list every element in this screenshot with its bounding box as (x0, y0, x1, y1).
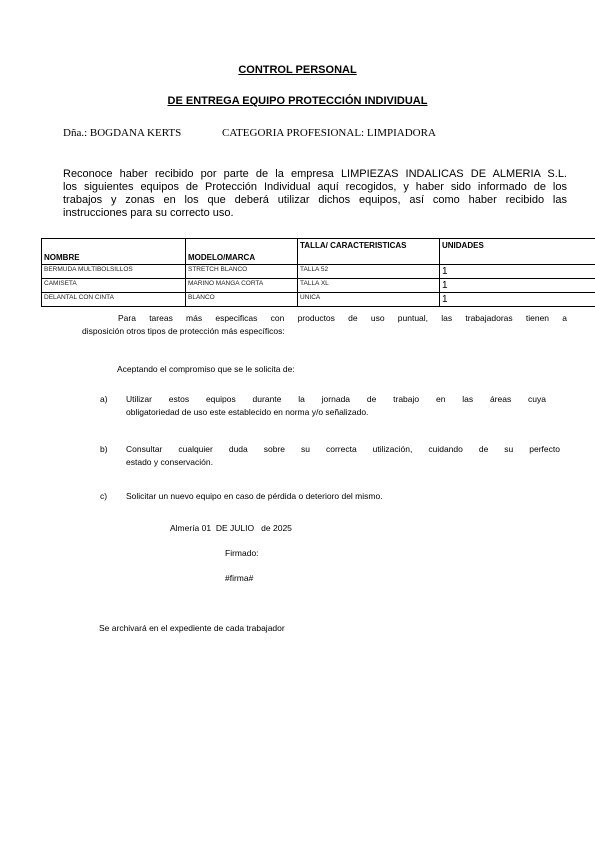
cell-unidades: 1 (440, 265, 595, 279)
table-header-row: NOMBRE MODELO/MARCA TALLA/ CARACTERISTIC… (42, 239, 595, 265)
professional-category: CATEGORIA PROFESIONAL: LIMPIADORA (222, 127, 436, 139)
table-row: CAMISETA MARINO MANGA CORTA TALLA XL 1 (42, 279, 595, 293)
document-title: CONTROL PERSONAL (0, 64, 595, 76)
document-subtitle: DE ENTREGA EQUIPO PROTECCIÓN INDIVIDUAL (0, 95, 595, 107)
item-text-line2: obligatoriedad de uso este establecido e… (126, 406, 546, 419)
cell-talla: TALLA 52 (298, 265, 440, 279)
item-letter: a) (100, 393, 108, 406)
cell-unidades: 1 (440, 279, 595, 293)
cell-talla: TALLA XL (298, 279, 440, 293)
item-text-line2: estado y conservación. (126, 456, 560, 469)
item-letter: c) (100, 490, 107, 503)
header-modelo-marca: MODELO/MARCA (186, 239, 298, 265)
item-letter: b) (100, 443, 108, 456)
header-talla-text: TALLA/ CARACTERISTICAS (300, 241, 407, 250)
item-text-line1: Consultar cualquier duda sobre su correc… (126, 443, 560, 456)
cell-modelo: STRETCH BLANCO (186, 265, 298, 279)
header-nombre: NOMBRE (42, 239, 186, 265)
cell-nombre: CAMISETA (42, 279, 186, 293)
signed-label: Firmado: (225, 547, 259, 560)
cell-unidades: 1 (440, 293, 595, 307)
intro-line: instrucciones para su correcto uso. (63, 207, 567, 220)
item-text-line1: Utilizar estos equipos durante la jornad… (126, 393, 546, 406)
table-row: BERMUDA MULTIBOLSILLOS STRETCH BLANCO TA… (42, 265, 595, 279)
header-unidades: UNIDADES (440, 239, 595, 265)
paragraph-line: disposición otros tipos de protección má… (82, 326, 285, 336)
ppe-table: NOMBRE MODELO/MARCA TALLA/ CARACTERISTIC… (41, 238, 595, 307)
header-talla: TALLA/ CARACTERISTICAS (298, 239, 440, 265)
cell-modelo: MARINO MANGA CORTA (186, 279, 298, 293)
table-row: DELANTAL CON CINTA BLANCO UNICA 1 (42, 293, 595, 307)
commitment-intro: Aceptando el compromiso que se le solici… (117, 363, 295, 376)
intro-line: los siguientes equipos de Protección Ind… (63, 181, 567, 194)
acknowledgement-paragraph: Reconoce haber recibido por parte de la … (63, 168, 567, 220)
signature-placeholder: #firma# (225, 572, 253, 585)
item-text-line1: Solicitar un nuevo equipo en caso de pér… (126, 490, 546, 503)
archive-note: Se archivará en el expediente de cada tr… (99, 622, 285, 635)
cell-talla: UNICA (298, 293, 440, 307)
specific-protection-paragraph: Para tareas más especificas con producto… (82, 312, 567, 338)
worker-name: Dña.: BOGDANA KERTS (63, 127, 181, 139)
intro-line: trabajos y zonas en los que deberá utili… (63, 194, 567, 207)
intro-line: Reconoce haber recibido por parte de la … (63, 168, 567, 181)
cell-nombre: BERMUDA MULTIBOLSILLOS (42, 265, 186, 279)
cell-modelo: BLANCO (186, 293, 298, 307)
date-line: Almería 01 DE JULIO de 2025 (170, 522, 292, 535)
paragraph-line: Para tareas más especificas con producto… (82, 312, 567, 325)
cell-nombre: DELANTAL CON CINTA (42, 293, 186, 307)
